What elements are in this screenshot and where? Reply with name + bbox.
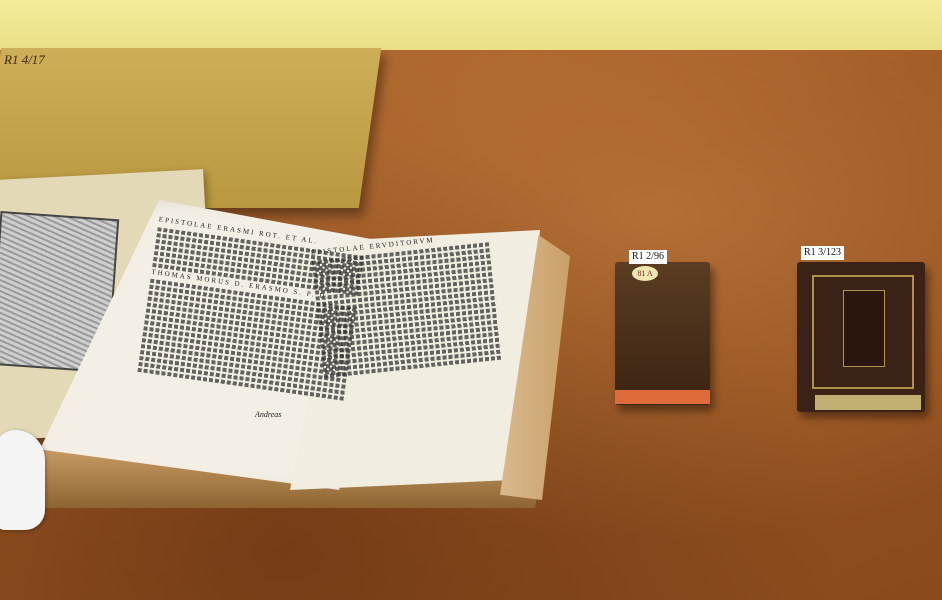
archival-box-label: R1 4/17 bbox=[4, 52, 45, 68]
book-1-sticker: 81 A bbox=[632, 266, 658, 281]
left-page-signature: Andreas bbox=[255, 410, 281, 419]
white-glove-hand bbox=[0, 430, 45, 530]
right-page-text: EPISTOLAE ERVDITORVM bbox=[311, 231, 510, 439]
small-book-1 bbox=[615, 262, 710, 405]
small-book-2-gilt-edge bbox=[815, 395, 921, 410]
shelf-mark-tag-2: R1 3/123 bbox=[801, 246, 844, 260]
gilt-center-panel bbox=[843, 290, 885, 367]
shelf-mark-tag-1: R1 2/96 bbox=[629, 250, 667, 264]
small-book-1-red-edge bbox=[615, 390, 710, 404]
wall-background bbox=[0, 0, 942, 52]
